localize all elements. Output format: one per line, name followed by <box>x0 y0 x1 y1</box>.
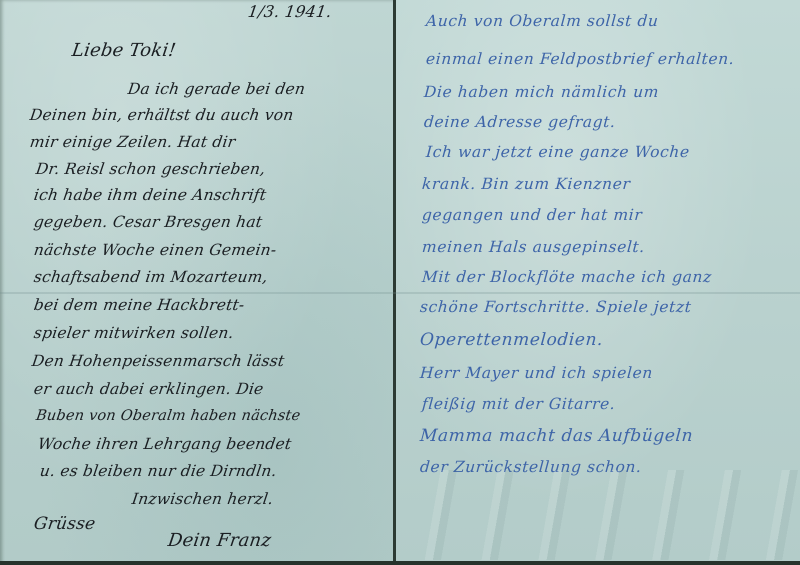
right-body-line: einmal einen Feldpostbrief erhalten. <box>425 50 735 68</box>
closing-greetings: Grüsse <box>33 514 97 534</box>
left-body-line: u. es bleiben nur die Dirndln. <box>39 462 278 480</box>
letter-date: 1/3. 1941. <box>247 2 333 21</box>
left-body-line: Den Hohenpeissenmarsch lässt <box>31 352 286 370</box>
letter-scan: 1/3. 1941. Liebe Toki! Da ich gerade bei… <box>0 0 800 565</box>
signature: Dein Franz <box>167 530 273 551</box>
left-body-line: Deinen bin, erhältst du auch von <box>29 106 295 124</box>
closing: Inzwischen herzl. <box>131 490 275 508</box>
scan-bottom-edge <box>0 561 800 565</box>
left-body-line: ich habe ihm deine Anschrift <box>33 186 268 204</box>
right-body-line: gegangen und der hat mir <box>421 206 643 224</box>
left-body-line: er auch dabei erklingen. Die <box>33 380 265 398</box>
left-body-line: bei dem meine Hackbrett- <box>33 296 246 314</box>
left-body-line: gegeben. Cesar Bresgen hat <box>33 213 264 231</box>
right-body-line: schöne Fortschritte. Spiele jetzt <box>419 298 692 316</box>
right-body-line: Mit der Blockflöte mache ich ganz <box>421 268 712 286</box>
left-body-line: Da ich gerade bei den <box>127 80 307 98</box>
left-body-line: schaftsabend im Mozarteum, <box>33 268 269 286</box>
right-body-line: Ich war jetzt eine ganze Woche <box>425 143 690 161</box>
horizontal-fold-crease <box>0 292 800 294</box>
left-body-line: mir einige Zeilen. Hat dir <box>29 133 237 151</box>
right-body-line: meinen Hals ausgepinselt. <box>421 238 645 256</box>
right-body-line: Herr Mayer und ich spielen <box>419 364 653 382</box>
right-body-line: Mamma macht das Aufbügeln <box>419 426 694 446</box>
right-body-line: krank. Bin zum Kienzner <box>421 175 631 193</box>
left-body-line: Buben von Oberalm haben nächste <box>35 408 302 424</box>
salutation: Liebe Toki! <box>71 40 178 61</box>
right-body-line: fleißig mit der Gitarre. <box>421 395 616 413</box>
right-body-line: Die haben mich nämlich um <box>423 83 659 101</box>
right-body-line: Operettenmelodien. <box>419 330 604 350</box>
right-body-line: deine Adresse gefragt. <box>423 113 616 131</box>
left-page: 1/3. 1941. Liebe Toki! Da ich gerade bei… <box>0 0 395 565</box>
left-body-line: Dr. Reisl schon geschrieben, <box>35 160 267 178</box>
left-body-line: nächste Woche einen Gemein- <box>33 241 278 259</box>
left-body-line: spieler mitwirken sollen. <box>33 324 235 342</box>
left-body-line: Woche ihren Lehrgang beendet <box>37 435 293 453</box>
paper-wrinkle-texture <box>400 470 800 560</box>
right-body-line: Auch von Oberalm sollst du <box>425 12 659 30</box>
